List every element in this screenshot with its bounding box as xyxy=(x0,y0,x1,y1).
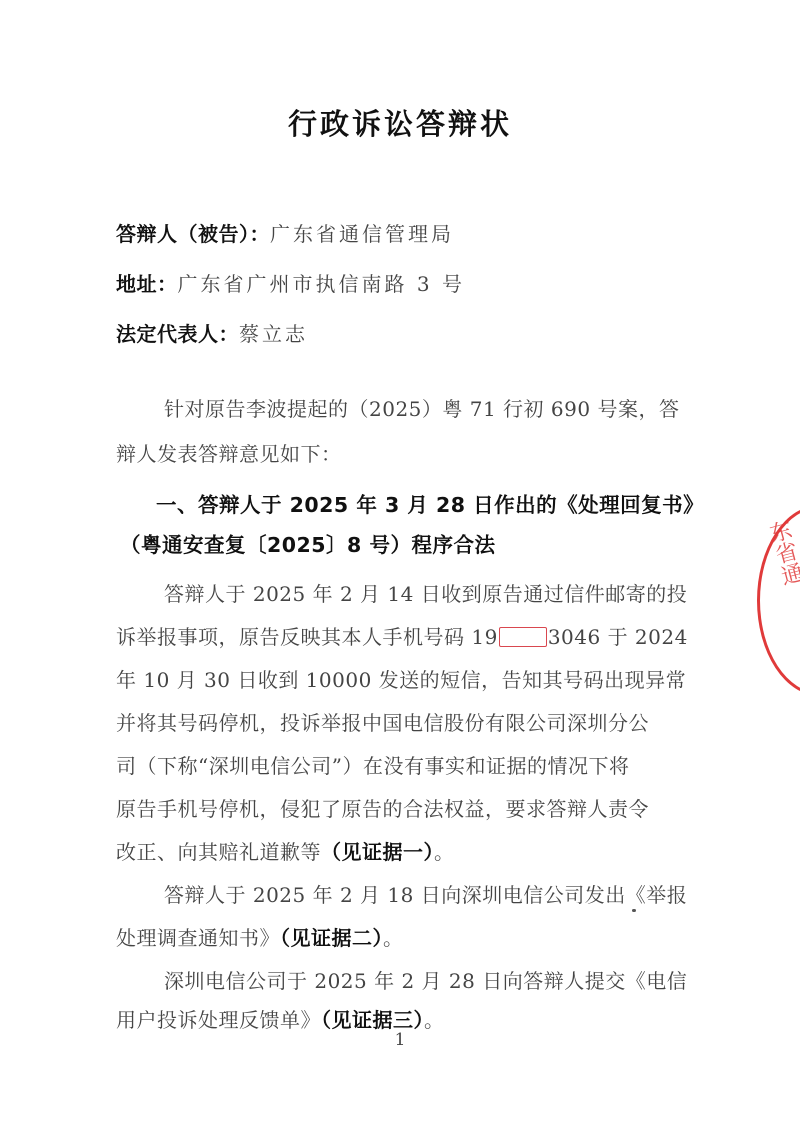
para3-line-2: 用户投诉处理反馈单》（见证据三）。 xyxy=(116,1004,688,1033)
section-heading-line-2: （粤通安查复〔2025〕8 号）程序合法 xyxy=(120,528,692,558)
para1-line-2-end: 3046 于 2024 xyxy=(548,625,688,649)
party-value: 蔡立志 xyxy=(239,322,308,346)
para1-line-2: 诉举报事项，原告反映其本人手机号码 193046 于 2024 xyxy=(116,621,688,650)
para1-line-1: 答辩人于 2025 年 2 月 14 日收到原告通过信件邮寄的投 xyxy=(164,578,736,607)
para1-line-7: 改正、向其赔礼道歉等（见证据一）。 xyxy=(116,836,688,865)
evidence-ref-3: （见证据三） xyxy=(321,1008,424,1032)
party-value: 广东省通信管理局 xyxy=(270,222,454,246)
intro-line-2: 辩人发表答辩意见如下： xyxy=(116,438,688,467)
para1-line-6: 原告手机号停机，侵犯了原告的合法权益，要求答辩人责令 xyxy=(116,793,688,822)
document-title: 行政诉讼答辩状 xyxy=(0,102,800,143)
evidence-ref-1: （见证据一） xyxy=(321,840,434,864)
para3-line-2-text: 用户投诉处理反馈单》 xyxy=(116,1008,321,1032)
para1-line-3: 年 10 月 30 日收到 10000 发送的短信，告知其号码出现异常 xyxy=(116,664,688,693)
para3-line-1: 深圳电信公司于 2025 年 2 月 28 日向答辩人提交《电信 xyxy=(164,965,736,994)
party-label: 答辩人（被告）： xyxy=(116,222,270,246)
para2-line-1: 答辩人于 2025 年 2 月 18 日向深圳电信公司发出《举报 xyxy=(164,879,736,908)
party-value: 广东省广州市执信南路 3 号 xyxy=(178,272,465,296)
para1-line-7-text: 改正、向其赔礼道歉等 xyxy=(116,840,321,864)
party-label: 法定代表人： xyxy=(116,322,239,346)
redaction-box xyxy=(499,627,547,647)
party-representative: 法定代表人：蔡立志 xyxy=(116,318,688,347)
intro-line-1: 针对原告李波提起的（2025）粤 71 行初 690 号案，答 xyxy=(164,393,736,422)
evidence-ref-2: （见证据二） xyxy=(280,926,383,950)
sentence-end: 。 xyxy=(424,1008,445,1032)
section-heading-line-1: 一、答辩人于 2025 年 3 月 28 日作出的《处理回复书》 xyxy=(156,488,728,518)
sentence-end: 。 xyxy=(434,840,455,864)
page-number: 1 xyxy=(0,1030,800,1050)
party-respondent: 答辩人（被告）：广东省通信管理局 xyxy=(116,218,688,247)
party-label: 地址： xyxy=(116,272,178,296)
party-address: 地址：广东省广州市执信南路 3 号 xyxy=(116,268,688,297)
sentence-end: 。 xyxy=(383,926,404,950)
para1-line-2-start: 诉举报事项，原告反映其本人手机号码 19 xyxy=(116,625,498,649)
scan-speck xyxy=(632,909,636,912)
para2-line-2-text: 处理调查通知书》 xyxy=(116,926,280,950)
para2-line-2: 处理调查通知书》（见证据二）。 xyxy=(116,922,688,951)
para1-line-5: 司（下称“深圳电信公司”）在没有事实和证据的情况下将 xyxy=(116,750,688,779)
para1-line-4: 并将其号码停机，投诉举报中国电信股份有限公司深圳分公 xyxy=(116,707,688,736)
